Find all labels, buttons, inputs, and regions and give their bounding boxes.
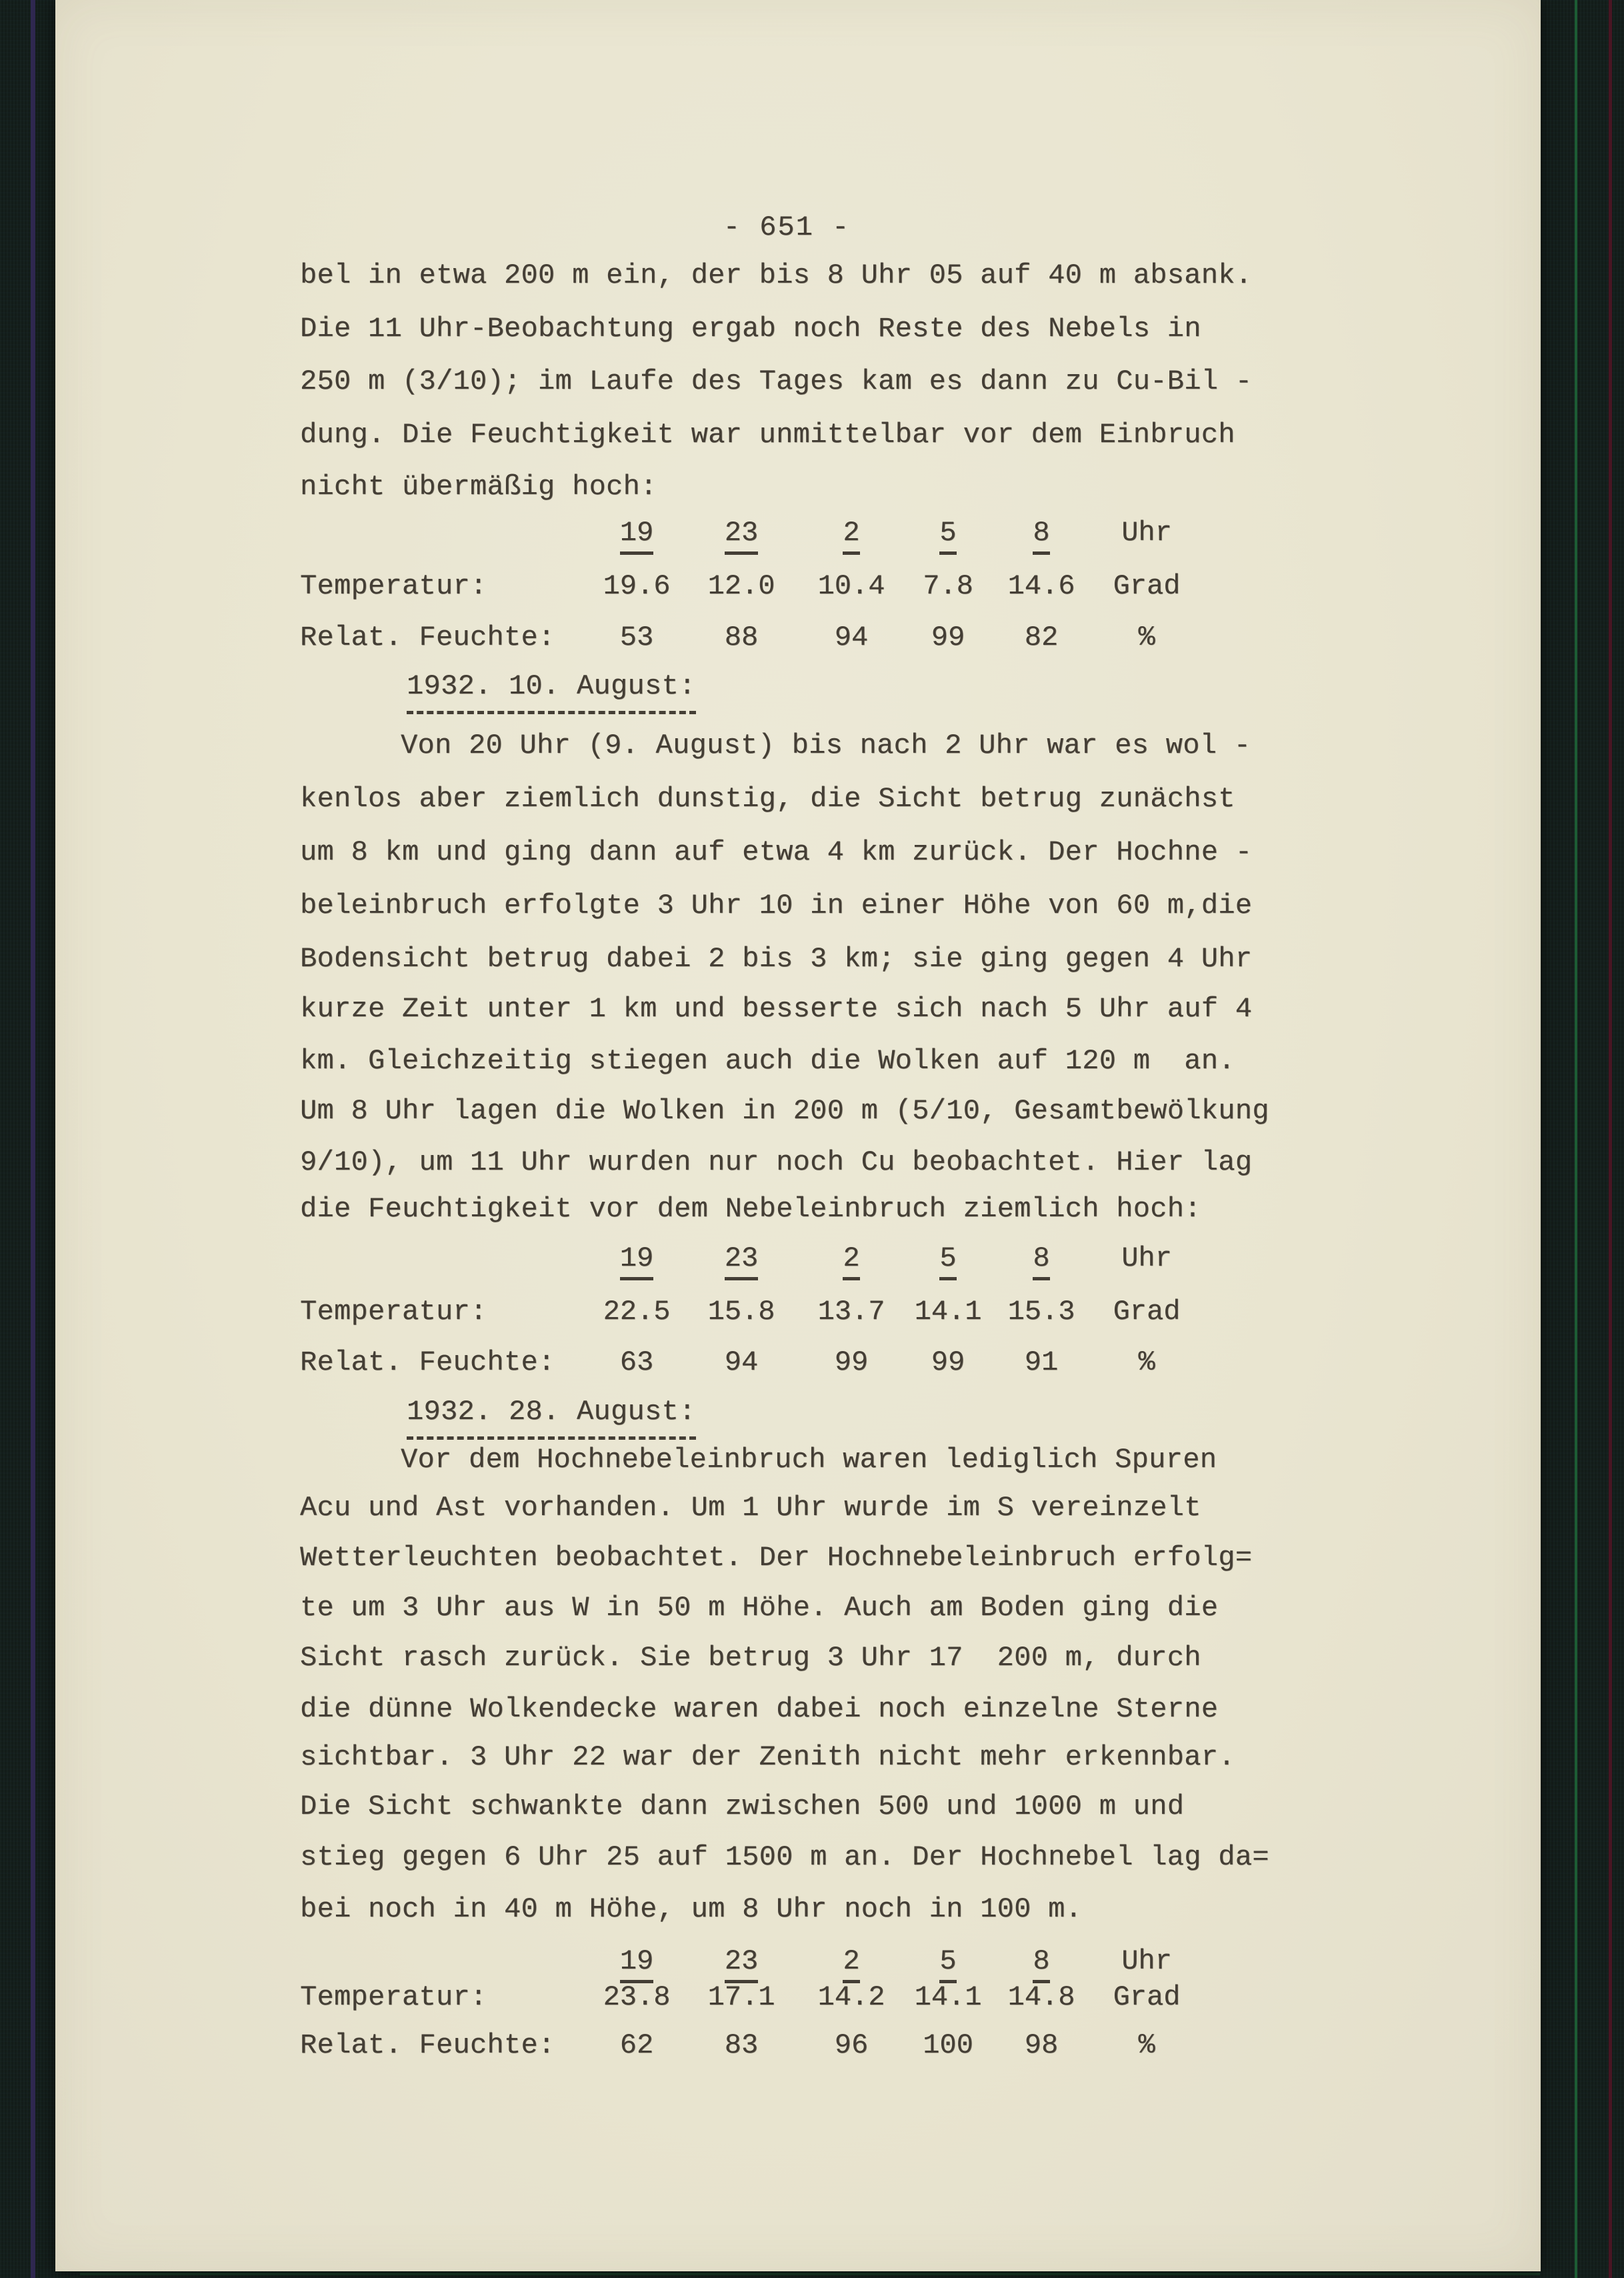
body-line: die dünne Wolkendecke waren dabei noch e… [300,1695,1218,1723]
humidity-value: 62 [593,2031,680,2059]
humidity-value: 94 [698,1348,785,1376]
humidity-value: 98 [998,2031,1085,2059]
body-line: Die Sicht schwankte dann zwischen 500 un… [300,1793,1184,1821]
temperature-value: 10.4 [808,572,895,600]
humidity-value: 82 [998,624,1085,652]
body-line: die Feuchtigkeit vor dem Nebeleinbruch z… [300,1195,1201,1223]
humidity-unit: % [1103,624,1190,652]
temperature-value: 22.5 [593,1298,680,1326]
body-line: stieg gegen 6 Uhr 25 auf 1500 m an. Der … [300,1843,1269,1871]
page-number: - 651 - [300,213,1273,241]
hour-value: 8 [1033,519,1049,555]
humidity-value: 99 [905,1348,991,1376]
hour-value: 23 [725,1947,758,1983]
temperature-value: 14.2 [808,1983,895,2011]
hour-cell: 19 [593,519,680,555]
body-line: kenlos aber ziemlich dunstig, die Sicht … [300,785,1235,813]
humidity-value: 91 [998,1348,1085,1376]
hour-cell: 19 [593,1947,680,1983]
body-line: Um 8 Uhr lagen die Wolken in 200 m (5/10… [300,1097,1269,1125]
temperature-value: 13.7 [808,1298,895,1326]
body-line: beleinbruch erfolgte 3 Uhr 10 in einer H… [300,892,1252,920]
temperature-value: 7.8 [905,572,991,600]
body-line: Vor dem Hochnebeleinbruch waren lediglic… [401,1446,1217,1474]
humidity-value: 99 [808,1348,895,1376]
hours-unit: Uhr [1103,1947,1190,1975]
temperature-unit: Grad [1103,1983,1190,2011]
body-line: bel in etwa 200 m ein, der bis 8 Uhr 05 … [300,261,1252,289]
body-line: Sicht rasch zurück. Sie betrug 3 Uhr 17 … [300,1644,1201,1672]
hour-value: 19 [620,1947,653,1983]
hour-cell: 23 [698,1244,785,1280]
body-line: sichtbar. 3 Uhr 22 war der Zenith nicht … [300,1743,1235,1771]
scan-edge-maroon-line [1609,0,1612,2278]
hour-cell: 2 [808,1947,895,1983]
hour-value: 8 [1033,1244,1049,1280]
hour-cell: 23 [698,1947,785,1983]
body-line: bei noch in 40 m Höhe, um 8 Uhr noch in … [300,1895,1082,1923]
hour-cell: 19 [593,1244,680,1280]
hour-value: 5 [939,1244,956,1280]
hour-value: 2 [843,1244,859,1280]
date-heading-1932-08-10: 1932. 10. August: [407,672,696,714]
temperature-value: 15.3 [998,1298,1085,1326]
humidity-value: 99 [905,624,991,652]
humidity-value: 96 [808,2031,895,2059]
scan-edge-bottom-line [80,2273,1540,2275]
hour-cell: 2 [808,1244,895,1280]
hour-cell: 8 [998,519,1085,555]
temperature-value: 14.1 [905,1983,991,2011]
temperature-value: 15.8 [698,1298,785,1326]
scan-edge-green-line [1575,0,1577,2278]
body-line: te um 3 Uhr aus W in 50 m Höhe. Auch am … [300,1594,1218,1622]
hour-value: 8 [1033,1947,1049,1983]
temperature-value: 12.0 [698,572,785,600]
humidity-value: 53 [593,624,680,652]
humidity-value: 83 [698,2031,785,2059]
body-line: Wetterleuchten beobachtet. Der Hochnebel… [300,1544,1252,1572]
body-line: nicht übermäßig hoch: [300,473,657,501]
temperature-value: 19.6 [593,572,680,600]
hours-unit: Uhr [1103,1244,1190,1272]
temperature-unit: Grad [1103,572,1190,600]
date-heading-1932-08-28: 1932. 28. August: [407,1398,696,1440]
hour-value: 2 [843,1947,859,1983]
hour-cell: 23 [698,519,785,555]
hour-cell: 2 [808,519,895,555]
hour-value: 2 [843,519,859,555]
body-line: dung. Die Feuchtigkeit war unmittelbar v… [300,421,1235,449]
temperature-value: 14.6 [998,572,1085,600]
hour-value: 19 [620,1244,653,1280]
humidity-value: 63 [593,1348,680,1376]
temperature-value: 17.1 [698,1983,785,2011]
hour-cell: 5 [905,1244,991,1280]
humidity-label: Relat. Feuchte: [300,624,555,652]
body-line: 9/10), um 11 Uhr wurden nur noch Cu beob… [300,1148,1252,1176]
hour-value: 5 [939,1947,956,1983]
hour-cell: 5 [905,1947,991,1983]
humidity-unit: % [1103,1348,1190,1376]
scan-background: - 651 - bel in etwa 200 m ein, der bis 8… [0,0,1624,2278]
temperature-value: 14.1 [905,1298,991,1326]
humidity-label: Relat. Feuchte: [300,1348,555,1376]
document-page: - 651 - bel in etwa 200 m ein, der bis 8… [55,0,1541,2271]
body-line: km. Gleichzeitig stiegen auch die Wolken… [300,1047,1235,1075]
hour-value: 23 [725,1244,758,1280]
humidity-label: Relat. Feuchte: [300,2031,555,2059]
temperature-unit: Grad [1103,1298,1190,1326]
hour-cell: 8 [998,1244,1085,1280]
body-line: Die 11 Uhr-Beobachtung ergab noch Reste … [300,315,1201,343]
temperature-label: Temperatur: [300,1298,487,1326]
hours-unit: Uhr [1103,519,1190,547]
hour-cell: 5 [905,519,991,555]
hour-value: 5 [939,519,956,555]
humidity-value: 94 [808,624,895,652]
body-line: Bodensicht betrug dabei 2 bis 3 km; sie … [300,945,1252,973]
body-line: Acu und Ast vorhanden. Um 1 Uhr wurde im… [300,1494,1201,1522]
temperature-label: Temperatur: [300,1983,487,2011]
body-line: 250 m (3/10); im Laufe des Tages kam es … [300,367,1252,395]
humidity-value: 100 [905,2031,991,2059]
humidity-value: 88 [698,624,785,652]
hour-cell: 8 [998,1947,1085,1983]
scan-edge-purple-line [31,0,35,2278]
temperature-label: Temperatur: [300,572,487,600]
hour-value: 23 [725,519,758,555]
temperature-value: 23.8 [593,1983,680,2011]
body-line: Von 20 Uhr (9. August) bis nach 2 Uhr wa… [401,732,1251,760]
body-line: kurze Zeit unter 1 km und besserte sich … [300,995,1252,1023]
temperature-value: 14.8 [998,1983,1085,2011]
hour-value: 19 [620,519,653,555]
body-line: um 8 km und ging dann auf etwa 4 km zurü… [300,838,1252,866]
humidity-unit: % [1103,2031,1190,2059]
